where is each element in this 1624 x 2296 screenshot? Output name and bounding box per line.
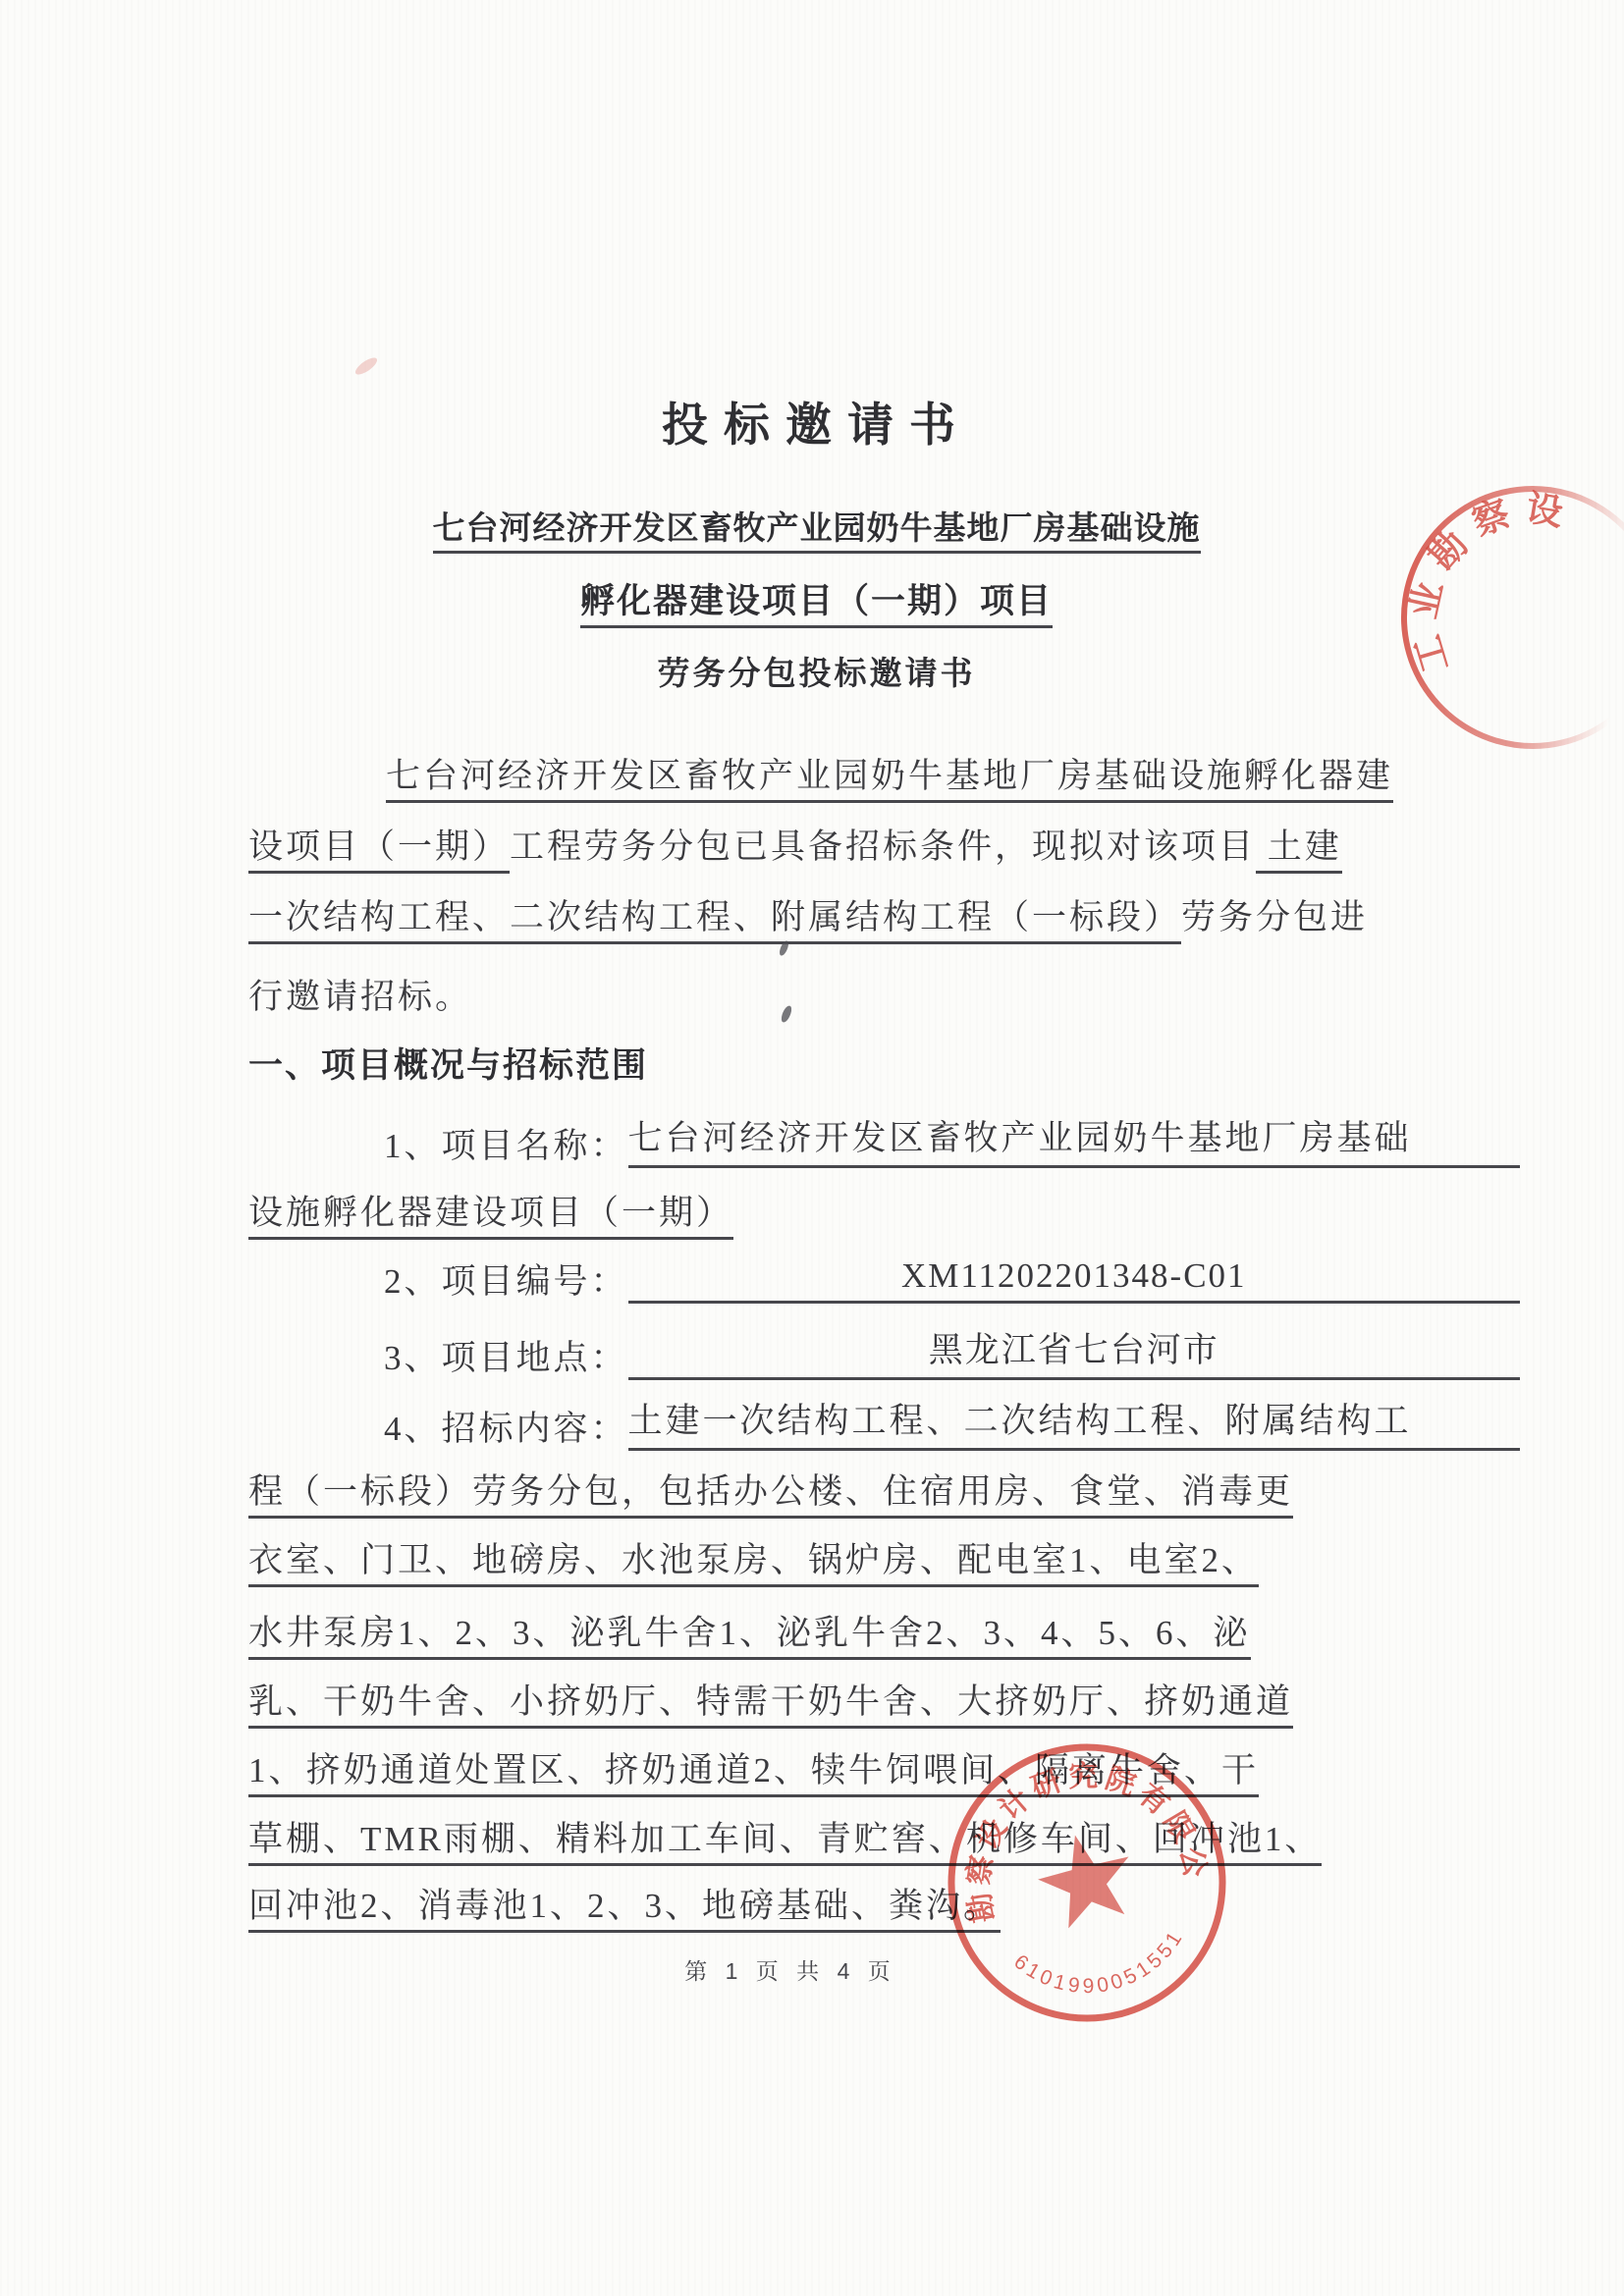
item4-line3-row: 衣室、门卫、地磅房、水池泵房、锅炉房、配电室1、电室2、 (248, 1533, 1259, 1582)
item4-line6: 1、挤奶通道处置区、挤奶通道2、犊牛饲喂间、隔离牛舍、干 (248, 1751, 1259, 1797)
item1-value-line1: 七台河经济开发区畜牧产业园奶牛基地厂房基础 (628, 1111, 1520, 1168)
item1-label: 1、项目名称： (384, 1119, 628, 1168)
item1-value-line2: 设施孵化器建设项目（一期） (248, 1194, 733, 1240)
item3-label: 3、项目地点： (384, 1331, 628, 1380)
item4-line2-row: 程（一标段）劳务分包，包括办公楼、住宿用房、食堂、消毒更 (248, 1465, 1293, 1514)
paragraph-line2-underlined: 设项目（一期） (248, 828, 510, 874)
item4-bidding-content-row: 4、招标内容： 土建一次结构工程、二次结构工程、附属结构工 (248, 1394, 1520, 1451)
top-right-red-seal: 工业勘察设 (1370, 447, 1624, 820)
svg-text:6101990051551: 6101990051551 (1006, 1911, 1198, 2018)
item4-line4: 水井泵房1、2、3、泌乳牛舍1、泌乳牛舍2、3、4、5、6、泌 (248, 1614, 1251, 1660)
item2-value: XM11202201348-C01 (628, 1256, 1520, 1304)
paragraph-line1-underlined: 七台河经济开发区畜牧产业园奶牛基地厂房基础设施孵化器建 (386, 757, 1393, 803)
item4-line8-row: 回冲池2、消毒池1、2、3、地磅基础、粪沟。 (248, 1879, 1001, 1928)
project-subtitle-line2: 孵化器建设项目（一期）项目 (248, 574, 1384, 623)
labor-subcontract-subtitle: 劳务分包投标邀请书 (248, 648, 1384, 694)
seal-registration-number: 6101990051551 (1006, 1911, 1198, 2018)
document-title: 投标邀请书 (248, 389, 1384, 454)
paragraph-line2-underlined2: 土建 (1256, 828, 1342, 874)
paragraph-line2-plain: 工程劳务分包已具备招标条件，现拟对该项目 (510, 828, 1256, 866)
paragraph-line3-plain: 劳务分包进 (1181, 898, 1368, 936)
paragraph-line-1: 七台河经济开发区畜牧产业园奶牛基地厂房基础设施孵化器建 (248, 749, 1393, 798)
svg-text:工业勘察设: 工业勘察设 (1394, 472, 1577, 695)
item3-project-location-row: 3、项目地点： 黑龙江省七台河市 (248, 1323, 1520, 1380)
item2-label: 2、项目编号： (384, 1255, 628, 1304)
scan-smudge-mark (780, 1004, 792, 1024)
item3-value: 黑龙江省七台河市 (628, 1323, 1520, 1380)
paragraph-line-4: 行邀请招标。 (248, 970, 472, 1019)
item1-value-line2-row: 设施孵化器建设项目（一期） (248, 1186, 733, 1235)
seal-outline-circle (1387, 472, 1624, 763)
item4-line8: 回冲池2、消毒池1、2、3、地磅基础、粪沟。 (248, 1887, 1001, 1933)
seal-arc-text: 工业勘察设 (1394, 472, 1577, 695)
item4-line7: 草棚、TMR雨棚、精料加工车间、青贮窖、机修车间、回冲池1、 (248, 1820, 1322, 1866)
project-subtitle-line1: 七台河经济开发区畜牧产业园奶牛基地厂房基础设施 (248, 503, 1384, 549)
item4-line1: 土建一次结构工程、二次结构工程、附属结构工 (628, 1394, 1520, 1451)
scan-pink-speck (352, 354, 379, 377)
item4-line2: 程（一标段）劳务分包，包括办公楼、住宿用房、食堂、消毒更 (248, 1472, 1293, 1519)
scanned-document-page: 投标邀请书 七台河经济开发区畜牧产业园奶牛基地厂房基础设施 孵化器建设项目（一期… (0, 0, 1624, 2296)
page-number-footer: 第 1 页 共 4 页 (589, 1953, 992, 1986)
section-heading: 一、项目概况与招标范围 (248, 1039, 648, 1088)
paragraph-line3-underlined: 一次结构工程、二次结构工程、附属结构工程（一标段） (248, 898, 1181, 944)
item4-line3: 衣室、门卫、地磅房、水池泵房、锅炉房、配电室1、电室2、 (248, 1541, 1259, 1587)
paragraph-line4-plain: 行邀请招标。 (248, 978, 472, 1016)
paragraph-line-2: 设项目（一期）工程劳务分包已具备招标条件，现拟对该项目 土建 (248, 820, 1342, 869)
item2-project-number-row: 2、项目编号： XM11202201348-C01 (248, 1255, 1520, 1304)
item1-project-name-row: 1、项目名称： 七台河经济开发区畜牧产业园奶牛基地厂房基础 (248, 1111, 1520, 1168)
item4-line5-row: 乳、干奶牛舍、小挤奶厅、特需干奶牛舍、大挤奶厅、挤奶通道 (248, 1675, 1293, 1724)
item4-line6-row: 1、挤奶通道处置区、挤奶通道2、犊牛饲喂间、隔离牛舍、干 (248, 1743, 1259, 1792)
item4-line5: 乳、干奶牛舍、小挤奶厅、特需干奶牛舍、大挤奶厅、挤奶通道 (248, 1682, 1293, 1729)
paragraph-line-3: 一次结构工程、二次结构工程、附属结构工程（一标段）劳务分包进 (248, 890, 1368, 939)
subtitle-line2-text: 孵化器建设项目（一期）项目 (580, 582, 1053, 628)
subtitle-line1-text: 七台河经济开发区畜牧产业园奶牛基地厂房基础设施 (433, 509, 1201, 554)
item4-label: 4、招标内容： (384, 1402, 628, 1451)
item4-line4-row: 水井泵房1、2、3、泌乳牛舍1、泌乳牛舍2、3、4、5、6、泌 (248, 1606, 1251, 1655)
item4-line7-row: 草棚、TMR雨棚、精料加工车间、青贮窖、机修车间、回冲池1、 (248, 1812, 1322, 1861)
